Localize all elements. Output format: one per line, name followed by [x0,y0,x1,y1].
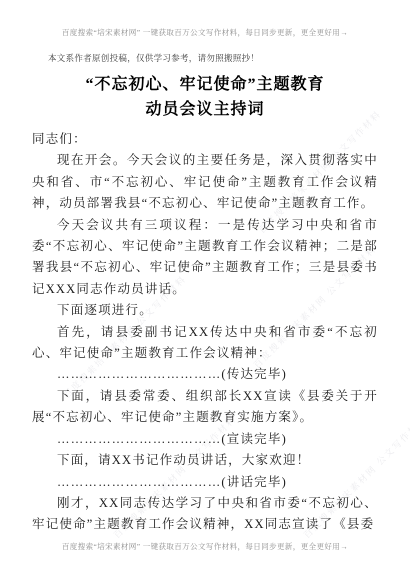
document-page: 百度搜索培宋素材网 公文写作材料 百度搜索培宋素材网 公文写作材料 百度搜索培宋… [0,0,410,580]
paragraph: 首先，请县委副书记XX传达中央和省市委“不忘初心、牢记使命”主题教育工作会议精神… [32,322,378,365]
paragraph: 下面，请XX书记作动员讲话，大家欢迎！ [32,450,378,471]
paragraph: 刚才，XX同志传达学习了中央和省市委“不忘初心、牢记使命”主题教育工作会议精神，… [32,493,378,536]
author-disclaimer: 本文系作者原创投稿，仅供学习参考，请勿照搬照抄！ [48,52,378,64]
paragraph: 今天会议共有三项议程：一是传达学习中央和省市委“不忘初心、牢记使命”主题教育工作… [32,215,378,301]
paragraph-placeholder-dots: ………………………………(宣读完毕) [32,429,378,450]
document-title-line2: 动员会议主持词 [32,97,378,122]
document-body: 同志们： 现在开会。今天会议的主要任务是，深入贯彻落实中央和省、市“不忘初心、牢… [32,129,378,536]
paragraph: 下面，请县委常委、组织部长XX宣读《县委关于开展“不忘初心、牢记使命”主题教育实… [32,386,378,429]
salutation: 同志们： [32,129,378,150]
top-ad-banner: 百度搜索“培宋素材网” 一键获取百万公文写作材料，每日同步更新，更全更好用→ [0,27,410,38]
paragraph: 现在开会。今天会议的主要任务是，深入贯彻落实中央和省、市“不忘初心、牢记使命”主… [32,150,378,214]
document-title-line1: “不忘初心、牢记使命”主题教育 [32,72,378,97]
paragraph-placeholder-dots: ………………………………(传达完毕) [32,364,378,385]
paragraph: 下面逐项进行。 [32,300,378,321]
bottom-ad-banner: 百度搜索“培宋素材网” 一键获取百万公文写作材料，每日同步更新，更全更好用→ [0,541,410,552]
paragraph-placeholder-dots: ………………………………(讲话完毕) [32,472,378,493]
document-content: 本文系作者原创投稿，仅供学习参考，请勿照搬照抄！ “不忘初心、牢记使命”主题教育… [32,52,378,536]
